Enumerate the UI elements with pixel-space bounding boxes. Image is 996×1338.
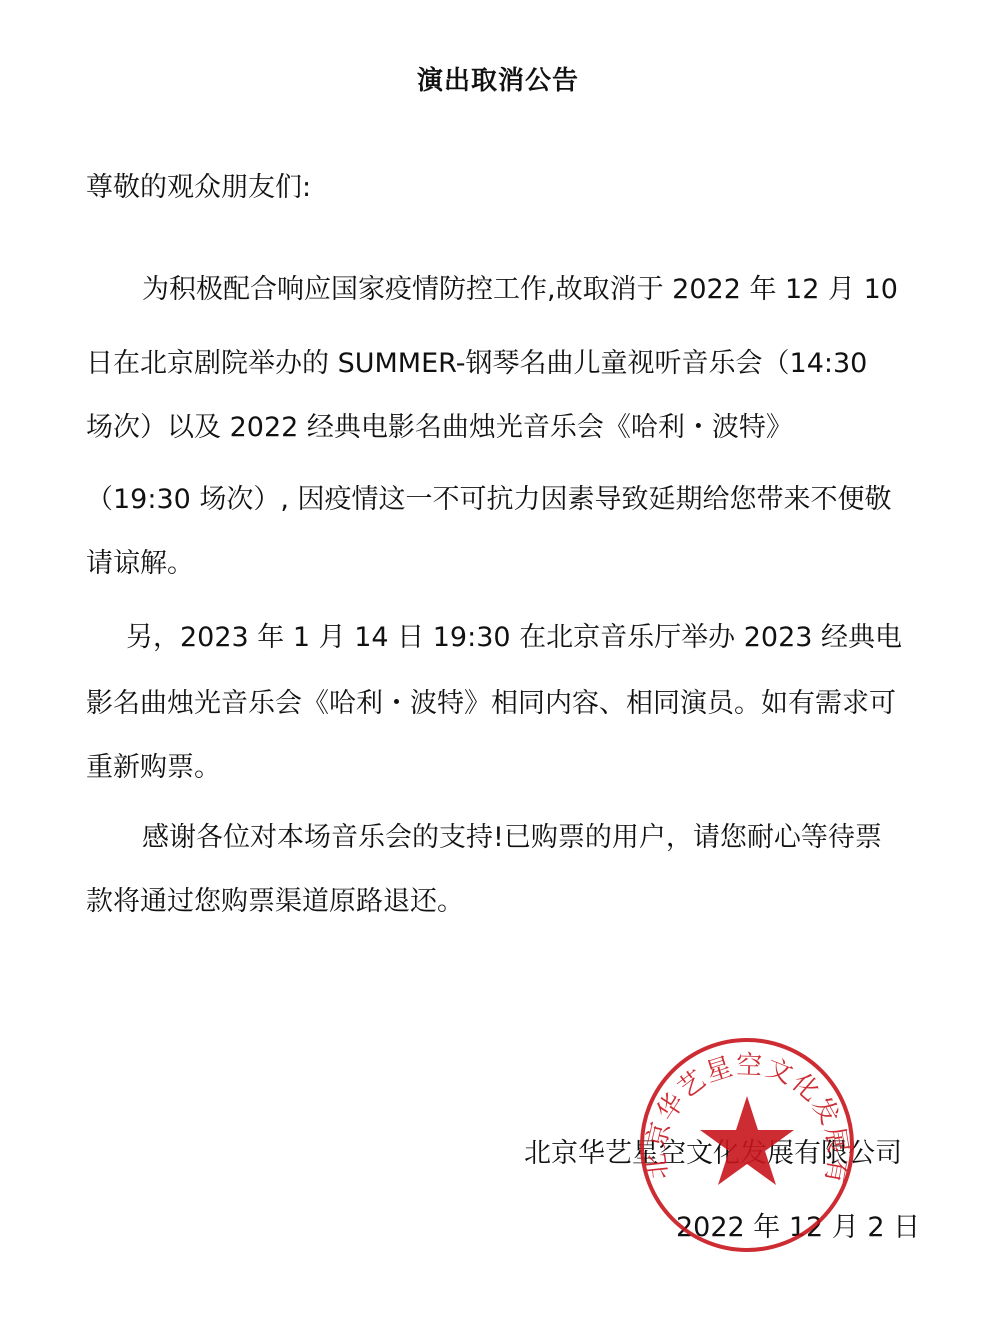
paragraph-line: 日在北京剧院举办的 SUMMER-钢琴名曲儿童视听音乐会（14:30 (86, 346, 867, 382)
paragraph-line: （19:30 场次）, 因疫情这一不可抗力因素导致延期给您带来不便敬 (86, 482, 892, 518)
signature-company: 北京华艺星空文化发展有限公司 (524, 1136, 902, 1172)
paragraph-line: 感谢各位对本场音乐会的支持!已购票的用户，请您耐心等待票 (142, 820, 882, 856)
paragraph-line: 影名曲烛光音乐会《哈利・波特》相同内容、相同演员。如有需求可 (86, 686, 896, 722)
signature-date: 2022 年 12 月 2 日 (676, 1210, 920, 1246)
paragraph-line: 为积极配合响应国家疫情防控工作,故取消于 2022 年 12 月 10 (142, 272, 898, 308)
paragraph-line: 请谅解。 (86, 546, 194, 582)
paragraph-line: 场次）以及 2022 经典电影名曲烛光音乐会《哈利・波特》 (86, 410, 793, 446)
paragraph-line: 另，2023 年 1 月 14 日 19:30 在北京音乐厅举办 2023 经典… (126, 620, 902, 656)
salutation: 尊敬的观众朋友们: (86, 170, 311, 206)
paragraph-line: 重新购票。 (86, 750, 221, 786)
notice-title: 演出取消公告 (0, 60, 996, 97)
paragraph-line: 款将通过您购票渠道原路退还。 (86, 884, 464, 920)
